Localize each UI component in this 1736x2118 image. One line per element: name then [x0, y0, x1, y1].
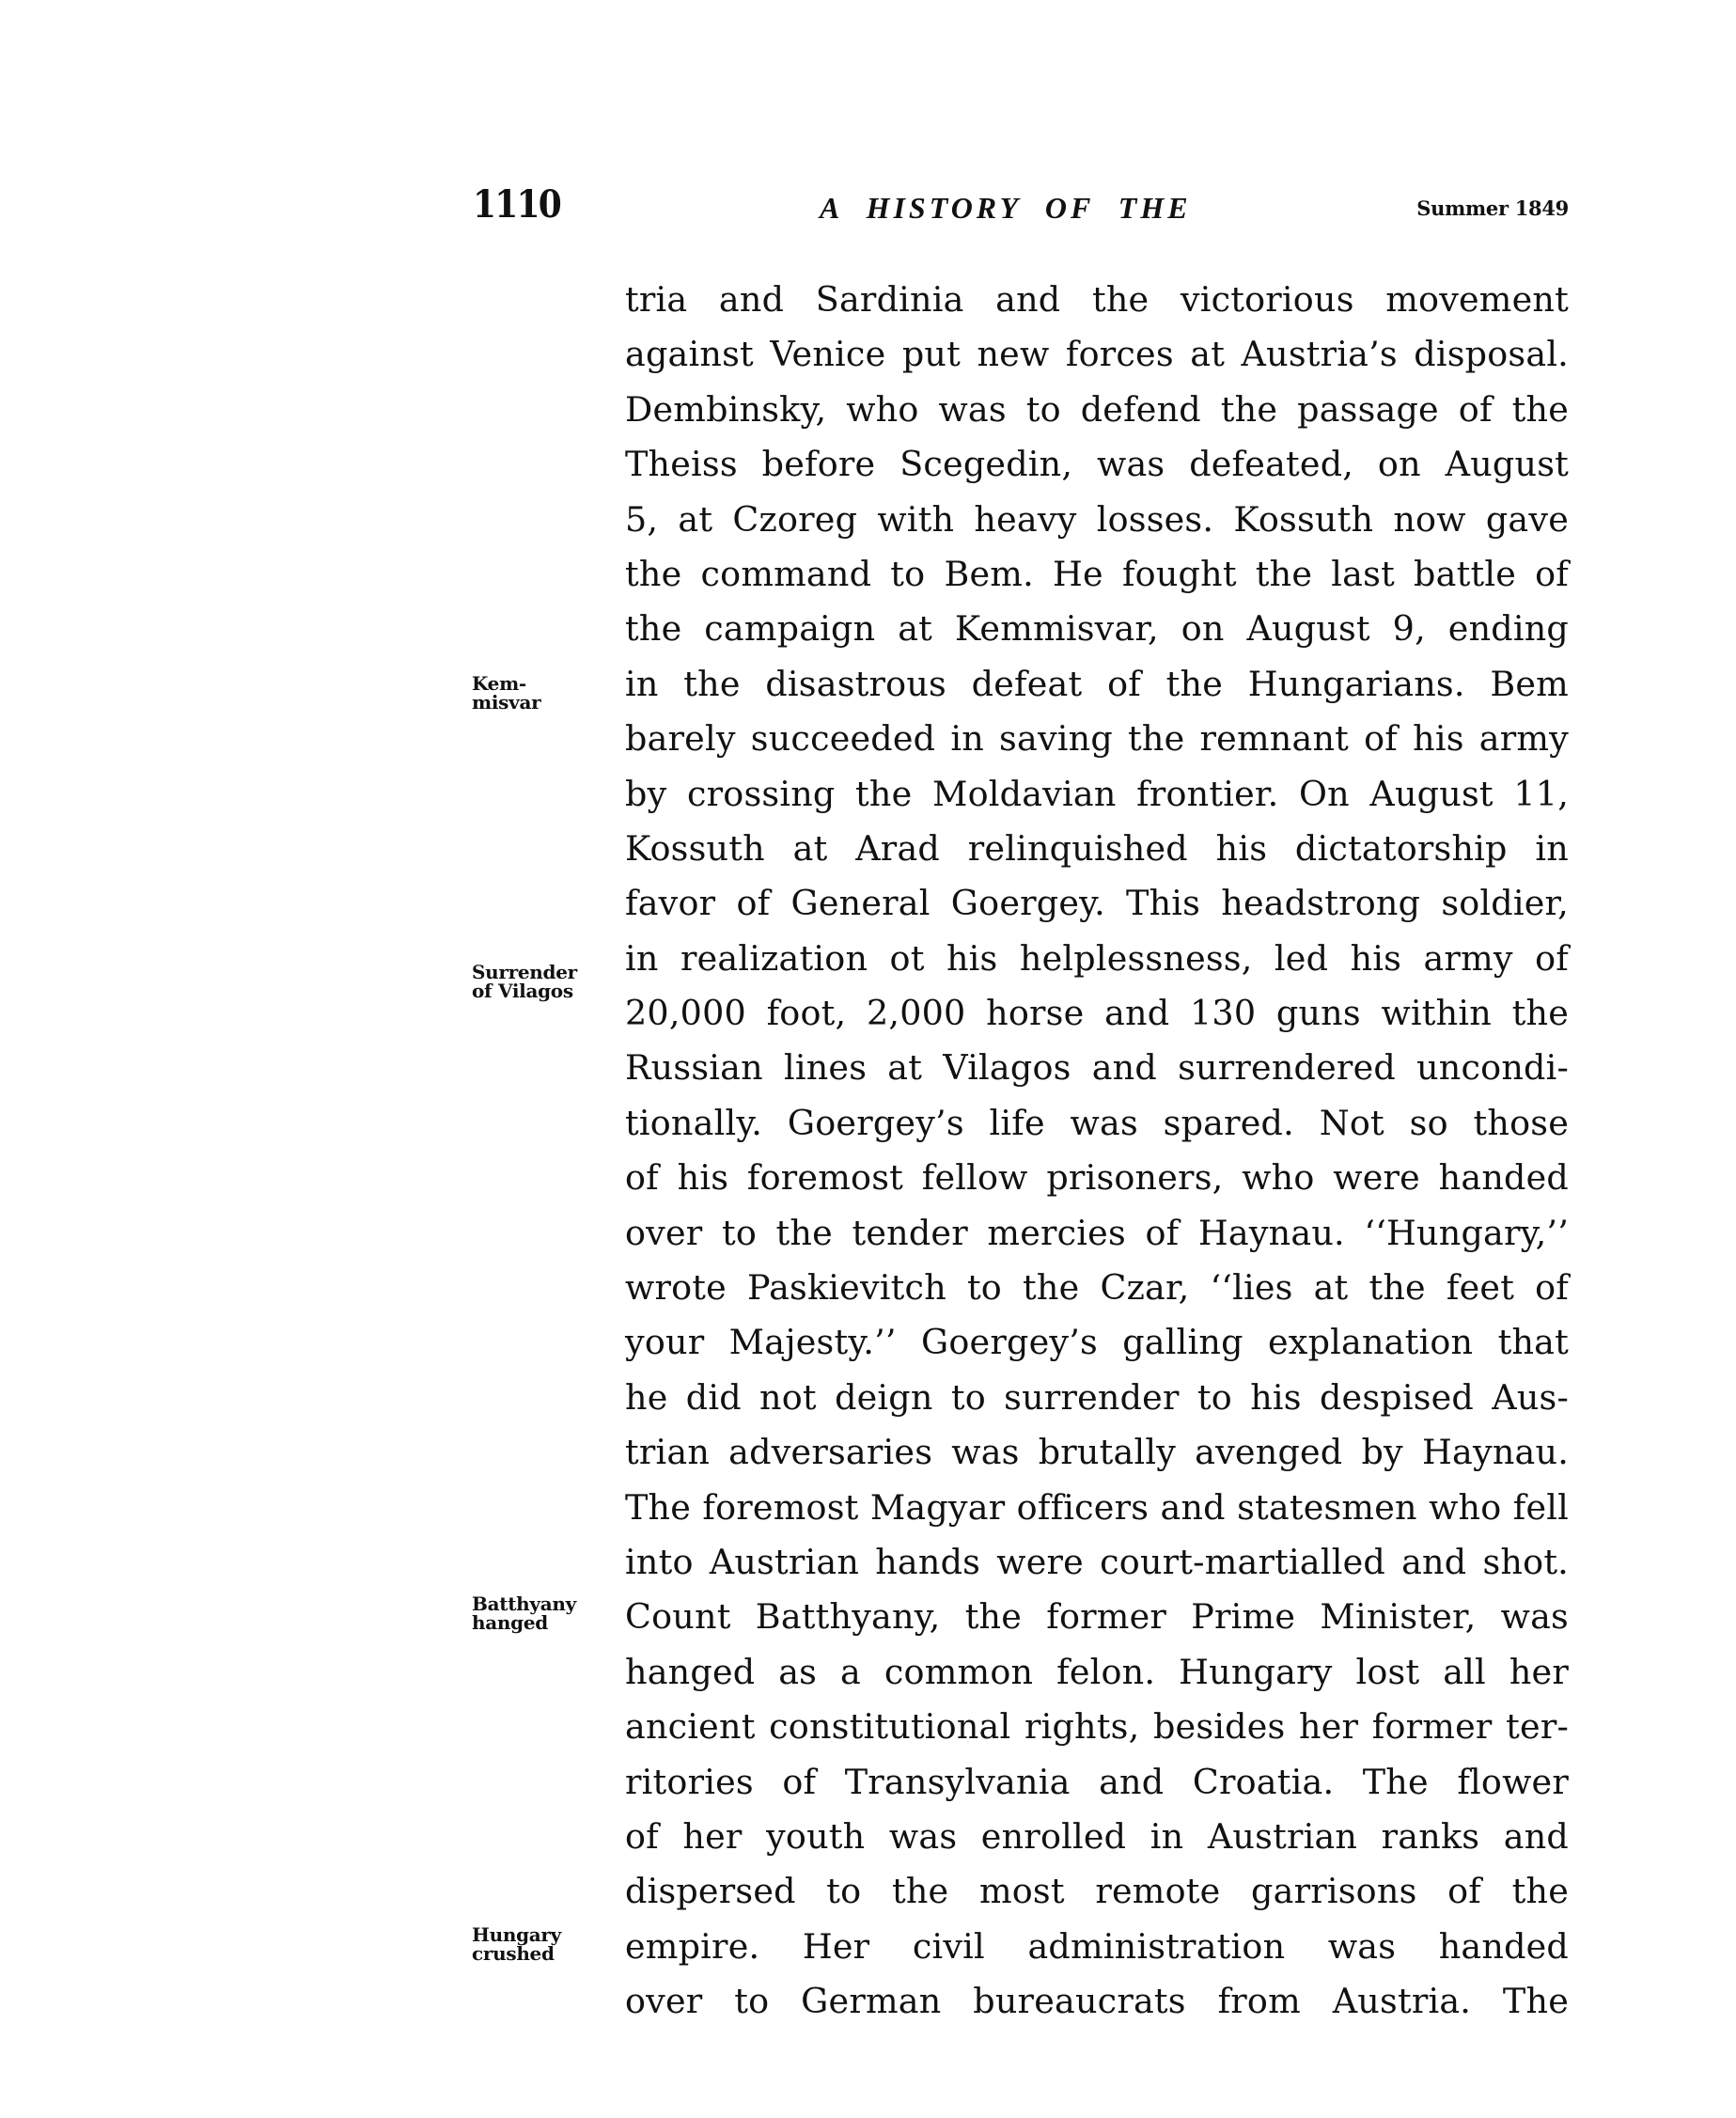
text-line: Count Batthyany, the former Prime Minist… [625, 1590, 1569, 1644]
sidenote-line: of Vilagos [472, 981, 613, 1000]
sidenote-batthyany-hanged: Batthyany hanged [472, 1594, 613, 1632]
text-line: empire. Her civil administration was han… [625, 1920, 1569, 1974]
sidenote-line: Surrender [472, 963, 613, 981]
page-number: 1110 [473, 184, 560, 226]
text-line: Theiss before Scegedin, was defeated, on… [625, 437, 1569, 492]
running-title: A HISTORY OF THE [820, 191, 1192, 225]
text-line: trian adversaries was brutally avenged b… [625, 1425, 1569, 1480]
text-line: of her youth was enrolled in Austrian ra… [625, 1810, 1569, 1864]
running-head: 1110 A HISTORY OF THE Summer 1849 [0, 0, 1736, 244]
text-line: 5, at Czoreg with heavy losses. Kossuth … [625, 493, 1569, 547]
running-date: Summer 1849 [1416, 196, 1569, 221]
text-line: barely succeeded in saving the remnant o… [625, 712, 1569, 766]
text-line: The foremost Magyar officers and statesm… [625, 1481, 1569, 1535]
sidenote-line: Batthyany [472, 1594, 613, 1613]
sidenote-line: Hungary [472, 1925, 613, 1944]
sidenote-line: crushed [472, 1944, 613, 1963]
text-line: against Venice put new forces at Austria… [625, 327, 1569, 382]
text-line: Kossuth at Arad relinquished his dictato… [625, 822, 1569, 876]
text-line: tria and Sardinia and the victorious mov… [625, 273, 1569, 327]
body-text: tria and Sardinia and the victorious mov… [625, 273, 1569, 2030]
text-line: the campaign at Kemmisvar, on August 9, … [625, 602, 1569, 656]
text-line: in realization ot his helplessness, led … [625, 932, 1569, 986]
text-line: Russian lines at Vilagos and surrendered… [625, 1041, 1569, 1095]
sidenote-kemmisvar: Kem- misvar [472, 674, 613, 712]
book-page: 1110 A HISTORY OF THE Summer 1849 Kem- m… [0, 0, 1736, 2118]
text-line: the command to Bem. He fought the last b… [625, 547, 1569, 602]
text-line: in the disastrous defeat of the Hungaria… [625, 657, 1569, 712]
sidenote-line: hanged [472, 1613, 613, 1632]
text-line: over to the tender mercies of Haynau. ‘‘… [625, 1206, 1569, 1261]
text-line: of his foremost fellow prisoners, who we… [625, 1151, 1569, 1205]
text-line: dispersed to the most remote garrisons o… [625, 1864, 1569, 1919]
text-line: over to German bureaucrats from Austria.… [625, 1974, 1569, 2029]
text-line: by crossing the Moldavian frontier. On A… [625, 767, 1569, 822]
text-line: Dembinsky, who was to defend the passage… [625, 383, 1569, 437]
text-line: he did not deign to surrender to his des… [625, 1371, 1569, 1425]
sidenote-surrender-of-vilagos: Surrender of Vilagos [472, 963, 613, 1000]
text-line: wrote Paskievitch to the Czar, ‘‘lies at… [625, 1261, 1569, 1315]
text-line: your Majesty.’’ Goergey’s galling explan… [625, 1315, 1569, 1370]
text-line: tionally. Goergey’s life was spared. Not… [625, 1096, 1569, 1151]
sidenote-hungary-crushed: Hungary crushed [472, 1925, 613, 1963]
sidenote-line: misvar [472, 693, 613, 712]
text-line: ancient constitutional rights, besides h… [625, 1700, 1569, 1754]
text-line: ritories of Transylvania and Croatia. Th… [625, 1755, 1569, 1810]
text-line: 20,000 foot, 2,000 horse and 130 guns wi… [625, 986, 1569, 1041]
text-line: into Austrian hands were court-martialle… [625, 1535, 1569, 1590]
sidenote-line: Kem- [472, 674, 613, 693]
text-line: hanged as a common felon. Hungary lost a… [625, 1645, 1569, 1700]
text-line: favor of General Goergey. This headstron… [625, 876, 1569, 931]
